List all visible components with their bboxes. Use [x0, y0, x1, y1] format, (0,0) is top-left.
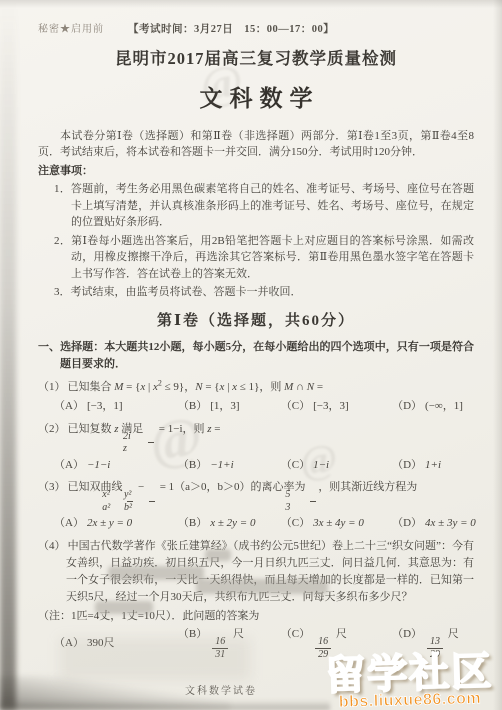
option: （C）1629 尺: [281, 626, 392, 660]
question-stem: （3）已知双曲线 x²a² − y²b² = 1（a＞0，b＞0）的离心率为 5…: [38, 479, 474, 513]
fraction: 1629: [315, 637, 331, 660]
option-label: （A）: [54, 459, 84, 471]
notice-number: 2．: [54, 235, 71, 247]
option: （B）−1+i: [178, 457, 281, 474]
option-label: （D）: [392, 400, 422, 412]
section-title: 第Ⅰ卷（选择题，共60分）: [38, 310, 474, 333]
question-list: （1）已知集合 M = {x | x2 ≤ 9}，N = {x | x ≤ 1}…: [38, 379, 474, 660]
option-label: （A）: [54, 400, 84, 412]
option-label: （C）: [281, 400, 310, 412]
notice-number: 1．: [54, 183, 71, 195]
option-label: （B）: [178, 628, 207, 640]
option-label: （D）: [392, 517, 422, 529]
question: （1）已知集合 M = {x | x2 ≤ 9}，N = {x | x ≤ 1}…: [38, 379, 474, 415]
exam-subject-title: 文科数学: [38, 82, 474, 117]
notice-number: 3．: [54, 286, 71, 298]
section-instruction: 一、选择题：本大题共12小题，每小题5分，在每小题给出的四个选项中，只有一项是符…: [38, 339, 474, 373]
question: （4）中国古代数学著作《张丘建算经》（成书约公元5世纪）卷上二十三“织女问题”：…: [38, 538, 474, 661]
page-footer-label: 文科数学试卷: [0, 684, 442, 699]
fraction: y²b²: [149, 490, 155, 513]
exam-title: 昆明市2017届高三复习教学质量检测: [38, 47, 474, 72]
option: （A）2x ± y = 0: [54, 515, 178, 532]
option: （D）1+i: [392, 457, 474, 474]
question: （2）已知复数 z 满足 2iz = 1−i，则 z =（A）−1−i（B）−1…: [38, 421, 474, 474]
options-row: （A）2x ± y = 0（B）x ± 2y = 0（C）3x ± 4y = 0…: [38, 515, 474, 532]
option-label: （B）: [178, 517, 207, 529]
exam-page-content: 秘密★启用前 【考试时间：3月27日 15：00—17：00】 昆明市2017届…: [0, 0, 502, 710]
option: （A）390尺: [54, 635, 178, 652]
option: （D）(−∞，1]: [392, 398, 474, 415]
options-row: （A）[−3，1]（B）[1，3]（C）[−3，3]（D）(−∞，1]: [38, 398, 474, 415]
option-label: （B）: [178, 459, 207, 471]
question-stem: （2）已知复数 z 满足 2iz = 1−i，则 z =: [38, 421, 474, 455]
option-label: （C）: [281, 628, 310, 640]
option: （B）x ± 2y = 0: [178, 515, 281, 532]
top-header-row: 秘密★启用前 【考试时间：3月27日 15：00—17：00】: [38, 22, 474, 38]
option-label: （A）: [54, 637, 84, 649]
question-number: （3）: [38, 481, 66, 493]
fraction: 1329: [427, 637, 443, 660]
option: （C）1−i: [281, 457, 392, 474]
option: （A）[−3，1]: [54, 398, 178, 415]
exam-intro-paragraph: 本试卷分第Ⅰ卷（选择题）和第Ⅱ卷（非选择题）两部分．第Ⅰ卷1至3页，第Ⅱ卷4至8…: [38, 128, 474, 161]
option: （B）[1，3]: [178, 398, 281, 415]
option: （C）3x ± 4y = 0: [281, 515, 392, 532]
question-stem: （1）已知集合 M = {x | x2 ≤ 9}，N = {x | x ≤ 1}…: [38, 379, 474, 396]
fraction: 53: [310, 490, 316, 513]
notice-item: 3．考试结束，由监考员将试卷、答题卡一并收回．: [38, 284, 474, 301]
options-row: （A）390尺（B）1631 尺（C）1629 尺（D）1329 尺: [38, 626, 474, 660]
question-number: （2）: [38, 423, 66, 435]
notice-item: 2．第Ⅰ卷每小题选出答案后，用2B铅笔把答题卡上对应题目的答案标号涂黑．如需改动…: [38, 233, 474, 283]
scanned-exam-paper: 秘密★启用前 【考试时间：3月27日 15：00—17：00】 昆明市2017届…: [0, 0, 502, 710]
notes-list: 1．答题前，考生务必用黑色碳素笔将自己的姓名、准考证号、考场号、座位号在答题卡上…: [38, 181, 474, 301]
notice-item: 1．答题前，考生务必用黑色碳素笔将自己的姓名、准考证号、考场号、座位号在答题卡上…: [38, 181, 474, 231]
option-label: （C）: [281, 517, 310, 529]
option-label: （B）: [178, 400, 207, 412]
question-note: （注：1匹=4丈，1丈=10尺）．此问题的答案为: [38, 608, 474, 625]
option: （C）[−3，3]: [281, 398, 392, 415]
question-number: （1）: [38, 381, 66, 393]
fraction: 2iz: [148, 432, 154, 455]
notes-title: 注意事项：: [38, 163, 474, 180]
option-label: （C）: [281, 459, 310, 471]
option: （D）4x ± 3y = 0: [392, 515, 474, 532]
options-row: （A）−1−i（B）−1+i（C）1−i（D）1+i: [38, 457, 474, 474]
option: （D）1329 尺: [392, 626, 474, 660]
question-stem: （4）中国古代数学著作《张丘建算经》（成书约公元5世纪）卷上二十三“织女问题”：…: [38, 538, 474, 606]
option-label: （A）: [54, 517, 84, 529]
option-label: （D）: [392, 459, 422, 471]
exam-time-label: 【考试时间：3月27日 15：00—17：00】: [128, 22, 334, 38]
option-label: （D）: [392, 628, 422, 640]
question: （3）已知双曲线 x²a² − y²b² = 1（a＞0，b＞0）的离心率为 5…: [38, 479, 474, 532]
option: （B）1631 尺: [178, 626, 281, 660]
classification-label: 秘密★启用前: [38, 22, 104, 37]
option: （A）−1−i: [54, 457, 178, 474]
question-number: （4）: [38, 540, 66, 552]
fraction: 1631: [212, 637, 228, 660]
